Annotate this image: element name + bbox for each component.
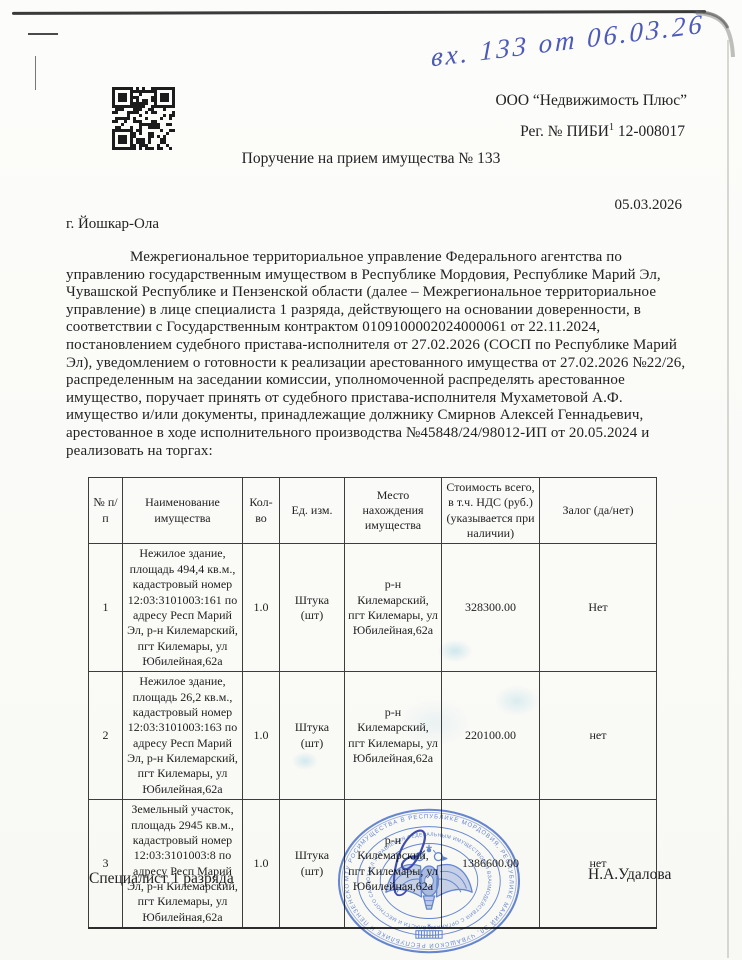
signer-name: Н.А.Удалова <box>588 866 671 884</box>
table-cell: Нежилое здание, площадь 26,2 кв.м., када… <box>123 672 243 800</box>
table-cell: 2 <box>89 672 123 800</box>
table-cell: 1.0 <box>243 800 280 928</box>
org-name: ООО “Недвижимость Плюс” <box>495 92 687 110</box>
table-cell: р-н Килемарский, пгт Килемары, ул Юбилей… <box>345 544 442 672</box>
table-cell: 3 <box>89 800 123 928</box>
reg-prefix: Рег. № ПИБИ <box>520 123 609 140</box>
table-cell: р-н Килемарский, пгт Килемары, ул Юбилей… <box>345 672 442 800</box>
table-cell: нет <box>540 800 657 928</box>
stamp-image: МТУ РОСИМУЩЕСТВА В РЕСПУБЛИКЕ МОРДОВИЯ, … <box>330 806 528 956</box>
document-page: вх. 133 от 06.03.26 ООО “Недвижимость Пл… <box>0 0 742 960</box>
column-header: № п/п <box>89 478 123 544</box>
stamp-star: ✶ <box>426 922 432 930</box>
table-cell: 220100.00 <box>442 672 540 800</box>
table-cell: 1 <box>89 544 123 672</box>
table-cell: Штука (шт) <box>280 672 345 800</box>
table-cell: Нет <box>540 544 657 672</box>
scan-artifact-vline <box>35 56 36 90</box>
column-header: Место нахождения имущества <box>345 478 442 544</box>
signer-position: Специалист 1 разряда <box>89 870 234 888</box>
qr-code <box>112 87 175 150</box>
table-cell: Нежилое здание, площадь 494,4 кв.м., кад… <box>123 544 243 672</box>
table-row: 1Нежилое здание, площадь 494,4 кв.м., ка… <box>89 544 657 672</box>
document-title: Поручение на прием имущества № 133 <box>0 150 742 168</box>
stamp-code-block <box>416 931 442 939</box>
column-header: Ед. изм. <box>280 478 345 544</box>
table-cell: 1.0 <box>243 672 280 800</box>
column-header: Стоимость всего, в т.ч. НДС (руб.) (указ… <box>442 478 540 544</box>
paper-edge-shadow <box>727 40 729 958</box>
handwritten-note: вх. 133 от 06.03.26 <box>431 6 729 74</box>
official-stamp: МТУ РОСИМУЩЕСТВА В РЕСПУБЛИКЕ МОРДОВИЯ, … <box>330 806 528 956</box>
table-cell: Земельный участок, площадь 2945 кв.м., к… <box>123 800 243 928</box>
scan-edge-line <box>12 10 706 15</box>
column-header: Залог (да/нет) <box>540 478 657 544</box>
document-city: г. Йошкар-Ола <box>66 216 159 233</box>
table-cell: Штука (шт) <box>280 544 345 672</box>
table-cell: 328300.00 <box>442 544 540 672</box>
document-date: 05.03.2026 <box>615 197 683 214</box>
table-header-row: № п/пНаименование имуществаКол-воЕд. изм… <box>89 478 657 544</box>
scan-artifact-dash <box>28 33 58 35</box>
body-paragraph: Межрегиональное территориальное управлен… <box>66 249 694 460</box>
reg-number: 12-008017 <box>614 123 685 140</box>
table-cell: нет <box>540 672 657 800</box>
column-header: Кол-во <box>243 478 280 544</box>
column-header: Наименование имущества <box>123 478 243 544</box>
table-row: 2Нежилое здание, площадь 26,2 кв.м., кад… <box>89 672 657 800</box>
table-cell: 1.0 <box>243 544 280 672</box>
registration-number: Рег. № ПИБИ1 12-008017 <box>520 122 685 141</box>
